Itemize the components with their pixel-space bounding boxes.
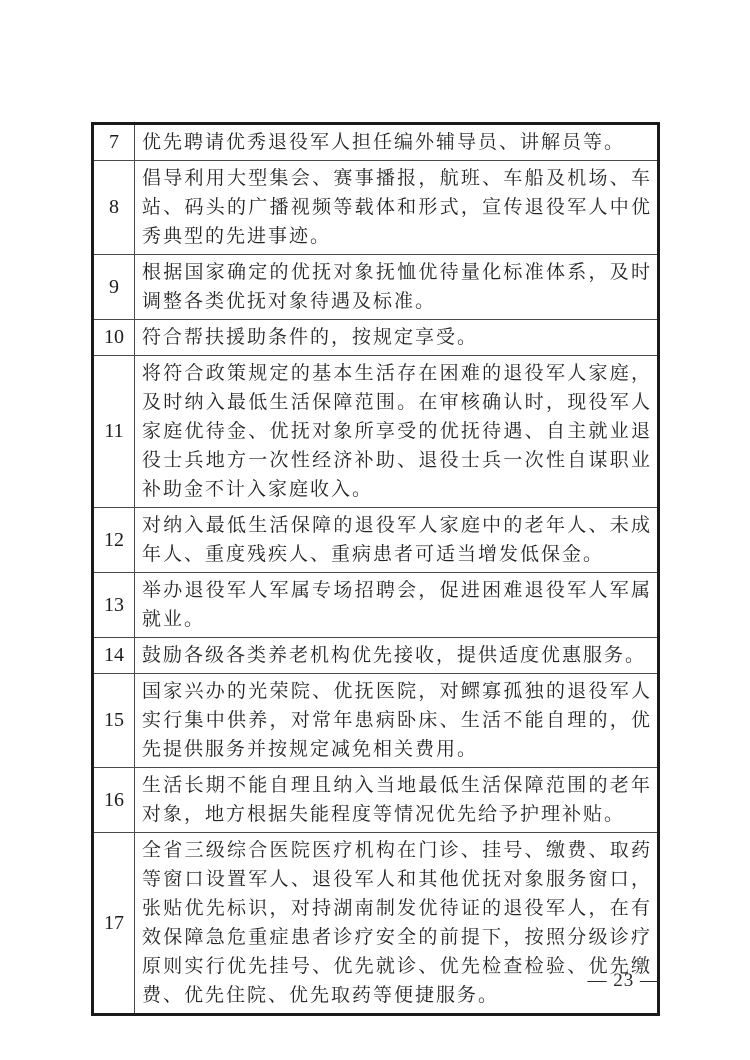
row-text-cell: 对纳入最低生活保障的退役军人家庭中的老年人、未成年人、重度残疾人、重病患者可适当…: [135, 508, 659, 573]
row-number-cell: 7: [93, 124, 135, 161]
row-text-cell: 生活长期不能自理且纳入当地最低生活保障范围的老年对象，地方根据失能程度等情况优先…: [135, 768, 659, 833]
table-row: 8 倡导利用大型集会、赛事播报，航班、车船及机场、车站、码头的广播视频等载体和形…: [93, 161, 659, 255]
row-number-cell: 12: [93, 508, 135, 573]
table-row: 15 国家兴办的光荣院、优抚医院，对鳏寡孤独的退役军人实行集中供养，对常年患病卧…: [93, 674, 659, 768]
benefits-table: 7 优先聘请优秀退役军人担任编外辅导员、讲解员等。 8 倡导利用大型集会、赛事播…: [91, 122, 660, 1016]
table-row: 14 鼓励各级各类养老机构优先接收，提供适度优惠服务。: [93, 638, 659, 674]
row-text-cell: 举办退役军人军属专场招聘会，促进困难退役军人军属就业。: [135, 573, 659, 638]
row-number-cell: 10: [93, 320, 135, 356]
row-number-cell: 16: [93, 768, 135, 833]
row-number-cell: 8: [93, 161, 135, 255]
row-number-cell: 9: [93, 255, 135, 320]
row-number-cell: 13: [93, 573, 135, 638]
table-row: 11 将符合政策规定的基本生活存在困难的退役军人家庭，及时纳入最低生活保障范围。…: [93, 356, 659, 508]
row-number-cell: 14: [93, 638, 135, 674]
row-number-cell: 15: [93, 674, 135, 768]
row-text-cell: 将符合政策规定的基本生活存在困难的退役军人家庭，及时纳入最低生活保障范围。在审核…: [135, 356, 659, 508]
table-row: 12 对纳入最低生活保障的退役军人家庭中的老年人、未成年人、重度残疾人、重病患者…: [93, 508, 659, 573]
table-row: 10 符合帮扶援助条件的，按规定享受。: [93, 320, 659, 356]
table-row: 9 根据国家确定的优抚对象抚恤优待量化标准体系，及时调整各类优抚对象待遇及标准。: [93, 255, 659, 320]
row-text-cell: 国家兴办的光荣院、优抚医院，对鳏寡孤独的退役军人实行集中供养，对常年患病卧床、生…: [135, 674, 659, 768]
row-number-cell: 11: [93, 356, 135, 508]
row-text-cell: 优先聘请优秀退役军人担任编外辅导员、讲解员等。: [135, 124, 659, 161]
row-text-cell: 符合帮扶援助条件的，按规定享受。: [135, 320, 659, 356]
table-row: 13 举办退役军人军属专场招聘会，促进困难退役军人军属就业。: [93, 573, 659, 638]
row-text-cell: 鼓励各级各类养老机构优先接收，提供适度优惠服务。: [135, 638, 659, 674]
table-row: 7 优先聘请优秀退役军人担任编外辅导员、讲解员等。: [93, 124, 659, 161]
document-page: 7 优先聘请优秀退役军人担任编外辅导员、讲解员等。 8 倡导利用大型集会、赛事播…: [0, 0, 750, 1060]
table-row: 16 生活长期不能自理且纳入当地最低生活保障范围的老年对象，地方根据失能程度等情…: [93, 768, 659, 833]
row-text-cell: 根据国家确定的优抚对象抚恤优待量化标准体系，及时调整各类优抚对象待遇及标准。: [135, 255, 659, 320]
row-text-cell: 倡导利用大型集会、赛事播报，航班、车船及机场、车站、码头的广播视频等载体和形式，…: [135, 161, 659, 255]
page-number: — 23 —: [0, 970, 660, 992]
